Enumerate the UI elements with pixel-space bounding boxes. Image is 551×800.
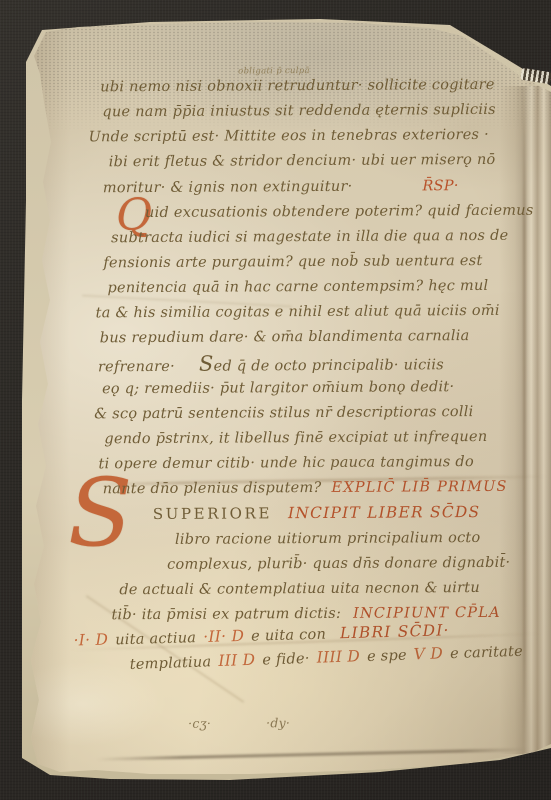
manuscript-line: ta & his similia cogitas e nihil est ali…: [88, 299, 544, 327]
body-text: ubi nemo nisi obnoxii retruduntur· solli…: [100, 77, 495, 95]
manuscript-line: nante dn̄o plenius disputem?EXPLIC̄ LIB̄…: [89, 475, 545, 503]
body-text: templatiua: [129, 654, 211, 673]
body-text: S: [199, 351, 214, 375]
manuscript-line: ibi erit fletus & stridor dencium· ubi u…: [87, 148, 543, 176]
body-text: penitencia quā in hac carne contempsim? …: [107, 278, 488, 296]
manuscript-line: refrenare·Sed q̄ de octo principalib· ui…: [88, 349, 544, 377]
manuscript-line: que nam p̄p̄ia iniustus sit reddenda ęte…: [86, 98, 542, 126]
chapter-numeral: III D: [218, 651, 256, 670]
crease-line: [96, 748, 526, 761]
body-text: complexus, plurib̄· quas dn̄s donare dig…: [167, 554, 510, 572]
manuscript-line: fensionis arte purgauim? que nob̄ sub ue…: [87, 249, 543, 277]
manuscript-line: moritur· & ignis non extinguitur·R̄SP·: [87, 173, 543, 201]
photo-background: Q S obligati p̄ culpā ubi nemo nisi obno…: [0, 0, 551, 800]
body-text: e caritate: [450, 644, 523, 662]
quire-mark: ·cʒ·: [188, 711, 211, 736]
rubric-text: R̄SP·: [422, 178, 458, 194]
body-text: fensionis arte purgauim? que nob̄ sub ue…: [103, 253, 482, 271]
manuscript-line: & scǫ patrū sentenciis stilus nr̄ descri…: [88, 399, 544, 427]
body-text: & scǫ patrū sentenciis stilus nr̄ descri…: [94, 404, 473, 422]
rubric-text: INCIPIT LIBER SC̄DS: [288, 503, 480, 522]
rubric-text: EXPLIC̄ LIB̄ PRIMUS: [331, 479, 507, 496]
body-text: ta & his similia cogitas e nihil est ali…: [96, 303, 500, 321]
body-text: uid excusationis obtendere poterim? quid…: [145, 202, 534, 220]
body-text: subtracta iudici si magestate in illa di…: [111, 228, 508, 246]
manuscript-line: uid excusationis obtendere poterim? quid…: [87, 198, 543, 226]
quire-mark: ·dy·: [266, 710, 290, 735]
manuscript-line: subtracta iudici si magestate in illa di…: [87, 223, 543, 251]
manuscript-line: complexus, plurib̄· quas dn̄s donare dig…: [89, 550, 545, 578]
body-text: ibi erit fletus & stridor dencium· ubi u…: [109, 152, 496, 170]
body-text: eǫ q; remediis· p̄ut largitor om̄ium bon…: [102, 379, 454, 397]
chapter-numeral: ·II· D: [203, 627, 244, 646]
manuscript-line: libro racione uitiorum principalium octo: [89, 525, 545, 553]
manuscript-line: de actuali & contemplatiua uita necnon &…: [89, 575, 545, 603]
body-text: Unde scriptū est· Mittite eos in tenebra…: [88, 127, 488, 145]
body-text: e fide·: [262, 651, 310, 669]
body-text: gendo p̄strinx, it libellus finē excipia…: [104, 429, 487, 447]
chapter-numeral: V D: [413, 645, 443, 664]
manuscript-line: penitencia quā in hac carne contempsim? …: [87, 274, 543, 302]
body-text: libro racione uitiorum principalium octo: [175, 530, 481, 548]
body-text: de actuali & contemplatiua uita necnon &…: [119, 580, 480, 598]
manuscript-line: eǫ q; remediis· p̄ut largitor om̄ium bon…: [88, 374, 544, 402]
manuscript-line: Unde scriptū est· Mittite eos in tenebra…: [86, 123, 542, 151]
chapter-numeral: IIII D: [316, 647, 360, 666]
body-text: uita actiua: [115, 630, 196, 648]
body-text: e spe: [367, 648, 407, 665]
manuscript-line: ubi nemo nisi obnoxii retruduntur· solli…: [86, 73, 542, 101]
body-text: refrenare·: [98, 358, 175, 374]
body-text: e uita con: [251, 627, 326, 645]
body-text: ed q̄ de octo principalib· uiciis: [214, 357, 444, 374]
manuscript-line: ti opere demur citib· unde hic pauca tan…: [88, 450, 544, 478]
body-text: tib̄· ita p̄misi ex patrum dictis:: [111, 606, 341, 623]
body-text: que nam p̄p̄ia iniustus sit reddenda ęte…: [102, 102, 495, 120]
manuscript-line: gendo p̄strinx, it libellus finē excipia…: [88, 425, 544, 453]
body-text: ti opere demur citib· unde hic pauca tan…: [98, 454, 473, 472]
chapter-numeral: ·I· D: [73, 631, 108, 650]
text-block: obligati p̄ culpā ubi nemo nisi obnoxii …: [86, 73, 546, 679]
body-text: SUPERIORE: [153, 505, 272, 524]
body-text: moritur· & ignis non extinguitur·: [103, 178, 353, 196]
manuscript-line: SUPERIOREINCIPIT LIBER SC̄DS: [89, 500, 545, 528]
body-text: bus repudium dare· & om̄a blandimenta ca…: [100, 328, 470, 346]
rubric-text: LIBRI SC̄DI·: [340, 621, 450, 642]
manuscript-line: bus repudium dare· & om̄a blandimenta ca…: [88, 324, 544, 352]
body-text: nante dn̄o plenius disputem?: [103, 480, 322, 497]
parchment-sheet: Q S obligati p̄ culpā ubi nemo nisi obno…: [0, 0, 551, 800]
